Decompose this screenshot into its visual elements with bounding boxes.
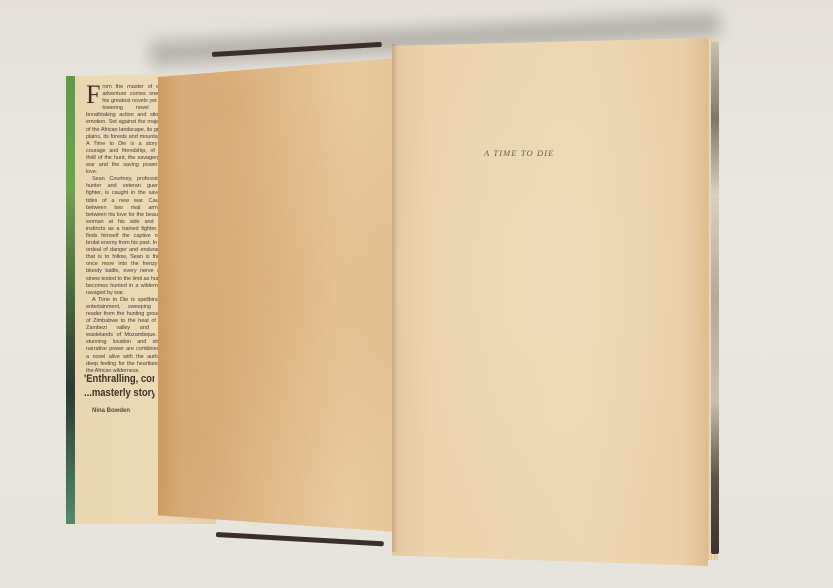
page-gutter (392, 44, 398, 552)
left-endpaper (158, 58, 396, 532)
dust-jacket-green-edge (66, 76, 75, 524)
back-cover-edge (711, 42, 719, 554)
quote-line: ...masterly storytelling' (84, 386, 155, 400)
title-page (392, 38, 708, 566)
blurb-paragraph: Sean Courtney, professional hunter and v… (86, 176, 166, 297)
half-title-text: A TIME TO DIE (484, 148, 554, 158)
cover-board-bottom-edge (216, 532, 384, 546)
review-quote: 'Enthralling, compelling... ...masterly … (84, 372, 155, 400)
quote-author: Nina Bowden (92, 408, 130, 414)
blurb-dropcap: F (86, 84, 100, 106)
jacket-blurb: F rom the master of epic adventure comes… (86, 84, 166, 372)
blurb-paragraph: A Time to Die is spellbinding entertainm… (86, 297, 166, 372)
quote-line: 'Enthralling, compelling... (84, 372, 155, 386)
book-photo-scene: F rom the master of epic adventure comes… (0, 0, 833, 588)
